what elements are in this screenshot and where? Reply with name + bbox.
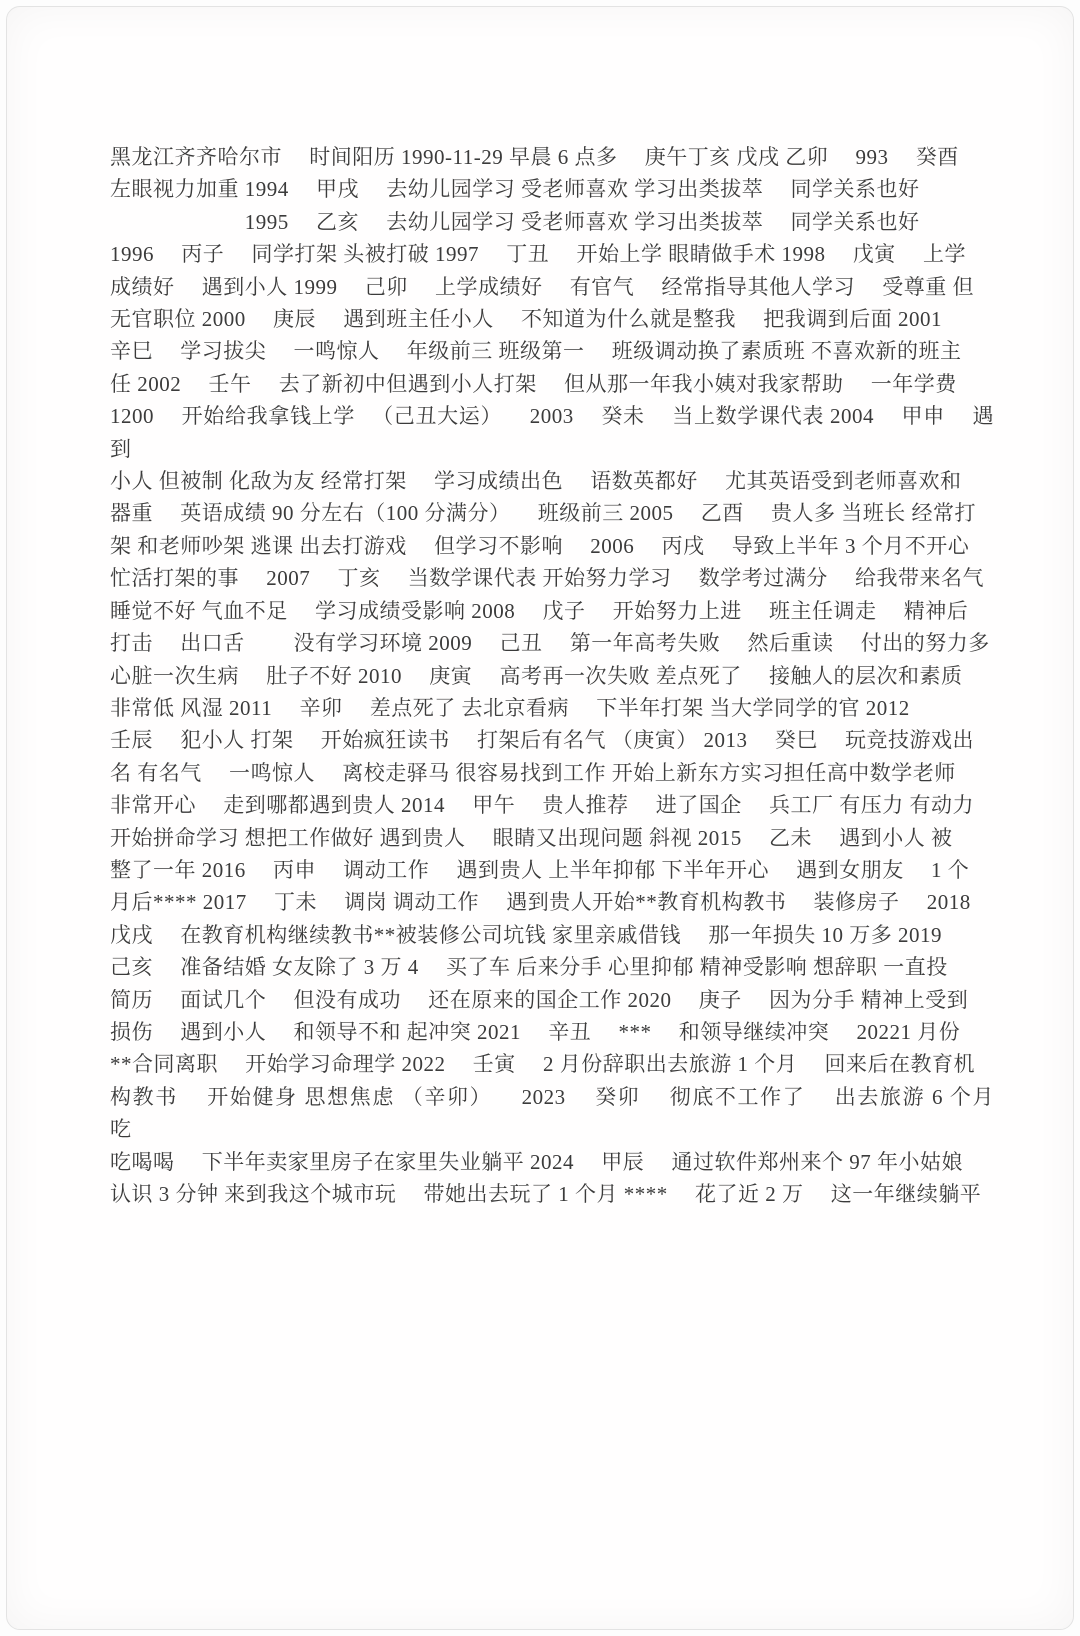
text-line: 左眼视力加重 1994 甲戌 去幼儿园学习 受老师喜欢 学习出类拔萃 同学关系也… <box>110 173 994 205</box>
text-line: 忙活打架的事 2007 丁亥 当数学课代表 开始努力学习 数学考过满分 给我带来… <box>110 562 994 594</box>
text-line: 己亥 准备结婚 女友除了 3 万 4 买了车 后来分手 心里抑郁 精神受影响 想… <box>110 951 994 983</box>
text-line: 睡觉不好 气血不足 学习成绩受影响 2008 戊子 开始努力上进 班主任调走 精… <box>110 595 994 627</box>
text-line: 认识 3 分钟 来到我这个城市玩 带她出去玩了 1 个月 **** 花了近 2 … <box>110 1178 994 1210</box>
text-line: 损伤 遇到小人 和领导不和 起冲突 2021 辛丑 *** 和领导继续冲突 20… <box>110 1016 994 1048</box>
text-line: 架 和老师吵架 逃课 出去打游戏 但学习不影响 2006 丙戌 导致上半年 3 … <box>110 530 994 562</box>
text-line: 名 有名气 一鸣惊人 离校走驿马 很容易找到工作 开始上新东方实习担任高中数学老… <box>110 757 994 789</box>
text-line: 任 2002 壬午 去了新初中但遇到小人打架 但从那一年我小姨对我家帮助 一年学… <box>110 368 994 400</box>
text-line: 吃喝喝 下半年卖家里房子在家里失业躺平 2024 甲辰 通过软件郑州来个 97 … <box>110 1146 994 1178</box>
text-line: 1200 开始给我拿钱上学 （己丑大运） 2003 癸未 当上数学课代表 200… <box>110 400 994 465</box>
text-line: 壬辰 犯小人 打架 开始疯狂读书 打架后有名气 （庚寅） 2013 癸巳 玩竞技… <box>110 724 994 756</box>
text-line: 月后**** 2017 丁未 调岗 调动工作 遇到贵人开始**教育机构教书 装修… <box>110 886 994 918</box>
document-page: 黑龙江齐齐哈尔市 时间阳历 1990-11-29 早晨 6 点多 庚午丁亥 戊戌… <box>6 6 1074 1630</box>
text-line: 开始拼命学习 想把工作做好 遇到贵人 眼睛又出现问题 斜视 2015 乙未 遇到… <box>110 822 994 854</box>
text-line: **合同离职 开始学习命理学 2022 壬寅 2 月份辞职出去旅游 1 个月 回… <box>110 1048 994 1080</box>
text-line: 非常开心 走到哪都遇到贵人 2014 甲午 贵人推荐 进了国企 兵工厂 有压力 … <box>110 789 994 821</box>
text-line: 1996 丙子 同学打架 头被打破 1997 丁丑 开始上学 眼睛做手术 199… <box>110 238 994 270</box>
text-line: 1995 乙亥 去幼儿园学习 受老师喜欢 学习出类拔萃 同学关系也好 <box>110 206 994 238</box>
text-line: 小人 但被制 化敌为友 经常打架 学习成绩出色 语数英都好 尤其英语受到老师喜欢… <box>110 465 994 497</box>
scanned-photo: 黑龙江齐齐哈尔市 时间阳历 1990-11-29 早晨 6 点多 庚午丁亥 戊戌… <box>0 0 1080 1636</box>
text-line: 黑龙江齐齐哈尔市 时间阳历 1990-11-29 早晨 6 点多 庚午丁亥 戊戌… <box>110 141 994 173</box>
text-line: 辛巳 学习拔尖 一鸣惊人 年级前三 班级第一 班级调动换了素质班 不喜欢新的班主 <box>110 335 994 367</box>
text-line: 戊戌 在教育机构继续教书**被装修公司坑钱 家里亲戚借钱 那一年损失 10 万多… <box>110 919 994 951</box>
text-line: 成绩好 遇到小人 1999 己卯 上学成绩好 有官气 经常指导其他人学习 受尊重… <box>110 271 994 303</box>
text-line: 无官职位 2000 庚辰 遇到班主任小人 不知道为什么就是整我 把我调到后面 2… <box>110 303 994 335</box>
text-line: 构教书 开始健身 思想焦虑 （辛卯） 2023 癸卯 彻底不工作了 出去旅游 6… <box>110 1081 994 1146</box>
text-line: 打击 出口舌 没有学习环境 2009 己丑 第一年高考失败 然后重读 付出的努力… <box>110 627 994 659</box>
text-line: 器重 英语成绩 90 分左右（100 分满分） 班级前三 2005 乙酉 贵人多… <box>110 497 994 529</box>
text-line: 心脏一次生病 肚子不好 2010 庚寅 高考再一次失败 差点死了 接触人的层次和… <box>110 660 994 692</box>
text-line: 简历 面试几个 但没有成功 还在原来的国企工作 2020 庚子 因为分手 精神上… <box>110 984 994 1016</box>
document-text: 黑龙江齐齐哈尔市 时间阳历 1990-11-29 早晨 6 点多 庚午丁亥 戊戌… <box>110 141 994 1210</box>
text-line: 非常低 风湿 2011 辛卯 差点死了 去北京看病 下半年打架 当大学同学的官 … <box>110 692 994 724</box>
text-line: 整了一年 2016 丙申 调动工作 遇到贵人 上半年抑郁 下半年开心 遇到女朋友… <box>110 854 994 886</box>
